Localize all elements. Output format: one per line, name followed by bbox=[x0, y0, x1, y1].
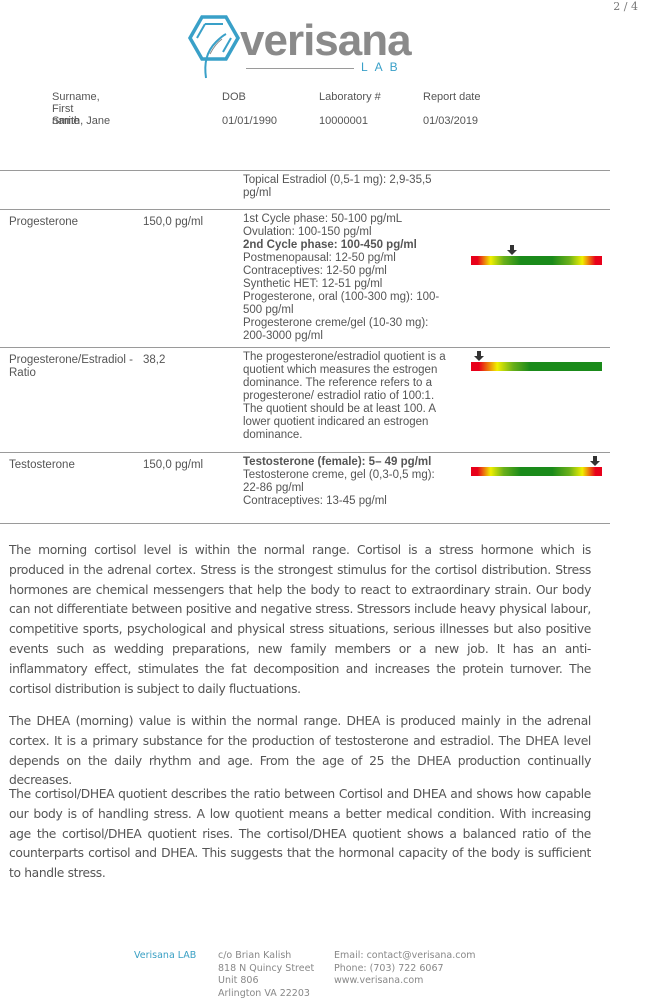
header-label-report-date: Report date bbox=[423, 91, 480, 103]
patient-name: Smith, Jane bbox=[52, 115, 110, 127]
reference-line: 2nd Cycle phase: 100-450 pg/ml bbox=[243, 239, 453, 252]
reference-line: Contraceptives: 13-45 pg/ml bbox=[243, 495, 453, 508]
reference-line: Testosterone (female): 5– 49 pg/ml bbox=[243, 456, 453, 469]
range-indicator-bar bbox=[471, 467, 602, 476]
analyte-name: Progesterone/Estradiol -Ratio bbox=[9, 354, 139, 380]
dhea-paragraph: The DHEA (morning) value is within the n… bbox=[9, 712, 591, 791]
range-indicator-bar bbox=[471, 256, 602, 265]
reference-line: Ovulation: 100-150 pg/ml bbox=[243, 226, 453, 239]
analyte-value: 150,0 pg/ml bbox=[143, 216, 203, 228]
logo-sub: LAB bbox=[361, 60, 405, 74]
page-number: 2 / 4 bbox=[613, 0, 638, 13]
reference-line: Testosterone creme, gel (0,3-0,5 mg): 22… bbox=[243, 469, 453, 495]
patient-dob: 01/01/1990 bbox=[222, 115, 277, 127]
footer-website[interactable]: www.verisana.com bbox=[334, 975, 476, 988]
reference-line: Contraceptives: 12-50 pg/ml bbox=[243, 265, 453, 278]
marker-arrow-icon bbox=[507, 245, 517, 255]
logo-divider bbox=[246, 68, 354, 69]
footer-phone: Phone: (703) 722 6067 bbox=[334, 963, 476, 976]
footer-address-line: Unit 806 bbox=[218, 975, 314, 988]
reference-line: 1st Cycle phase: 50-100 pg/mL bbox=[243, 213, 453, 226]
reference-line: Progesterone, oral (100-300 mg): 100-500… bbox=[243, 291, 453, 317]
reference-line: Topical Estradiol (0,5-1 mg): 2,9-35,5 p… bbox=[243, 174, 453, 200]
marker-arrow-icon bbox=[590, 456, 600, 466]
reference-line: Progesterone creme/gel (10-30 mg): 200-3… bbox=[243, 317, 453, 343]
table-row: Testosterone150,0 pg/mlTestosterone (fem… bbox=[0, 452, 610, 524]
reference-line: Synthetic HET: 12-51 pg/ml bbox=[243, 278, 453, 291]
reference-range: 1st Cycle phase: 50-100 pg/mLOvulation: … bbox=[0, 210, 453, 346]
footer-address-line: 818 N Quincy Street bbox=[218, 963, 314, 976]
table-row: Topical Estradiol (0,5-1 mg): 2,9-35,5 p… bbox=[0, 170, 610, 209]
analyte-value: 38,2 bbox=[143, 354, 165, 366]
analyte-value: 150,0 pg/ml bbox=[143, 459, 203, 471]
footer-brand-name: Verisana LAB bbox=[134, 950, 196, 961]
report-date: 01/03/2019 bbox=[423, 115, 478, 127]
analyte-name: Testosterone bbox=[9, 459, 139, 472]
hexagon-leaf-icon bbox=[186, 14, 246, 80]
header-label-lab-number: Laboratory # bbox=[319, 91, 381, 103]
cortisol-dhea-paragraph: The cortisol/DHEA quotient describes the… bbox=[9, 785, 591, 884]
reference-line: The progesterone/estradiol quotient is a… bbox=[243, 351, 453, 442]
table-row: Progesterone/Estradiol -Ratio38,2The pro… bbox=[0, 347, 610, 452]
lab-number: 10000001 bbox=[319, 115, 368, 127]
footer-email[interactable]: Email: contact@verisana.com bbox=[334, 950, 476, 963]
footer-brand: Verisana LAB bbox=[134, 950, 196, 963]
analyte-name: Progesterone bbox=[9, 216, 139, 229]
footer-contact: Email: contact@verisana.com Phone: (703)… bbox=[334, 950, 476, 988]
logo-wordmark: verisana bbox=[240, 16, 411, 66]
header-label-dob: DOB bbox=[222, 91, 246, 103]
footer-address: c/o Brian Kalish 818 N Quincy Street Uni… bbox=[218, 950, 314, 1000]
reference-range: Topical Estradiol (0,5-1 mg): 2,9-35,5 p… bbox=[0, 171, 453, 203]
range-indicator-bar bbox=[471, 362, 602, 371]
table-row: Progesterone150,0 pg/ml1st Cycle phase: … bbox=[0, 209, 610, 347]
footer-address-line: c/o Brian Kalish bbox=[218, 950, 314, 963]
results-table: Topical Estradiol (0,5-1 mg): 2,9-35,5 p… bbox=[0, 170, 610, 524]
footer-address-line: Arlington VA 22203 bbox=[218, 988, 314, 1000]
reference-line: Postmenopausal: 12-50 pg/ml bbox=[243, 252, 453, 265]
marker-arrow-icon bbox=[474, 351, 484, 361]
cortisol-paragraph: The morning cortisol level is within the… bbox=[9, 541, 591, 699]
verisana-logo: verisana LAB bbox=[186, 14, 406, 80]
